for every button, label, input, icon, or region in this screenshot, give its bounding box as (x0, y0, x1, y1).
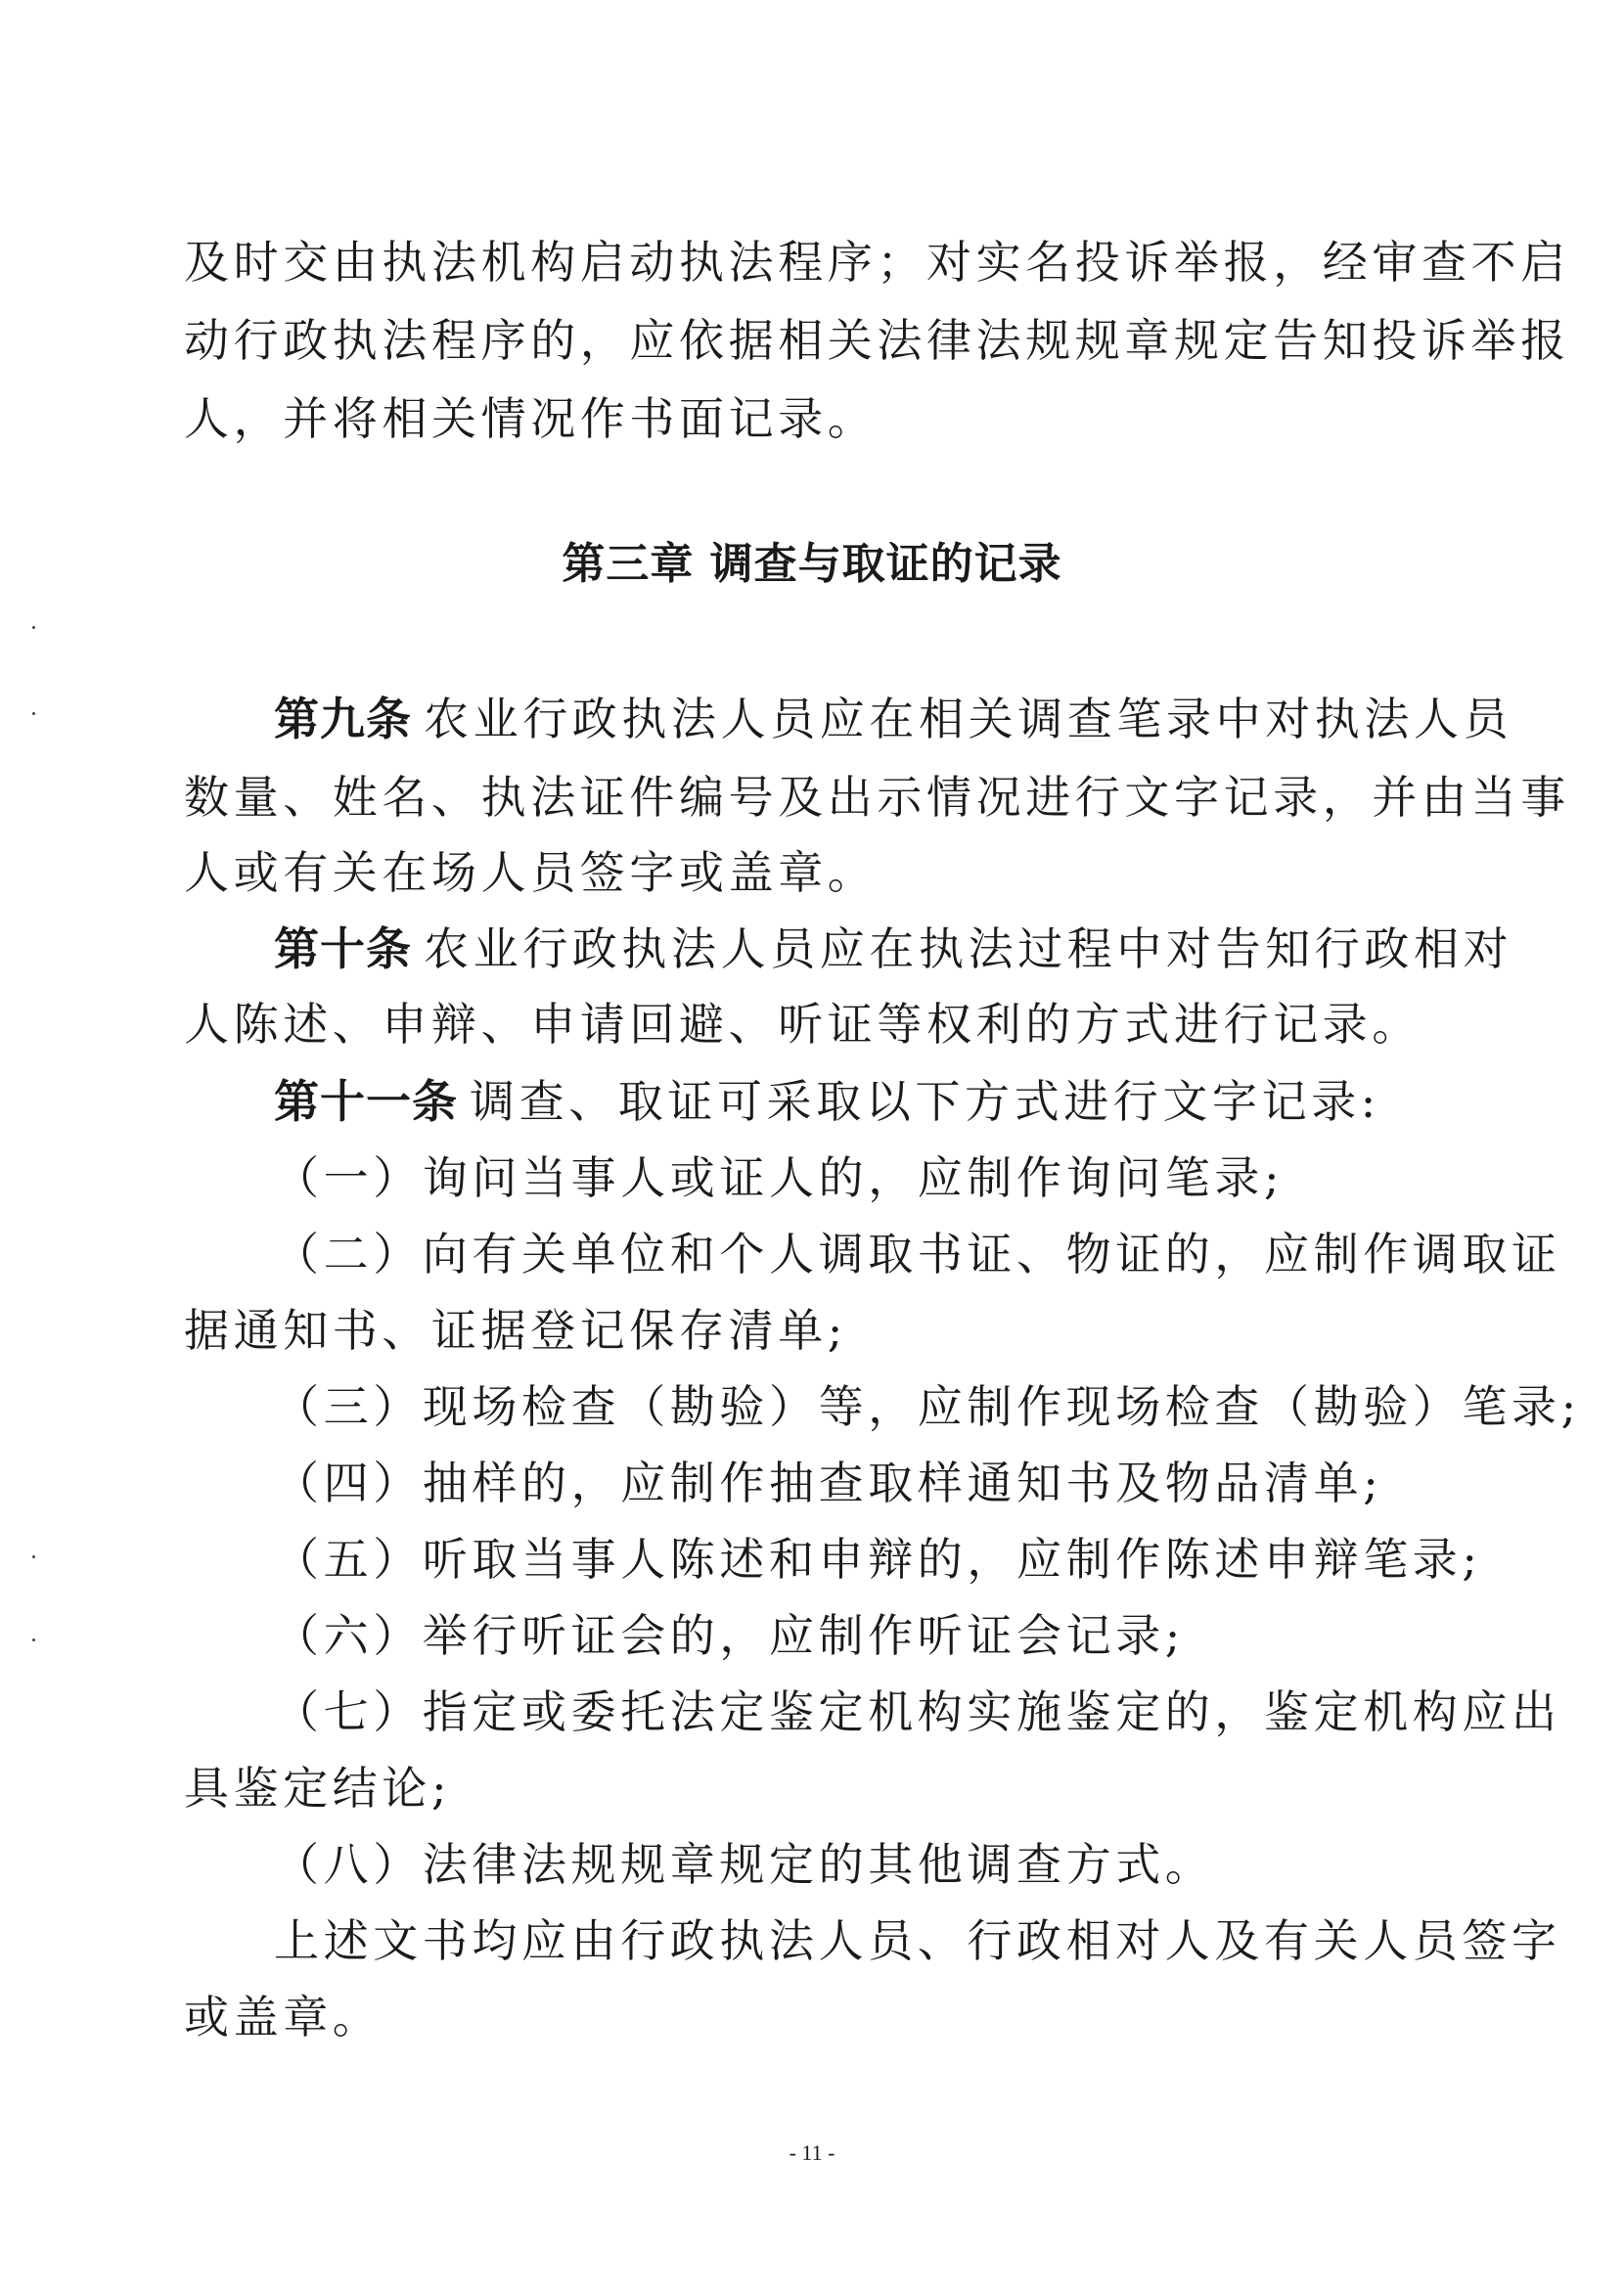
list-item: （一）询问当事人或证人的，应制作询问笔录; (274, 1148, 1487, 1207)
scan-speck (32, 1555, 35, 1558)
article-10-label: 第十条 (274, 922, 412, 975)
scan-speck (32, 712, 35, 715)
list-item: （三）现场检查（勘验）等，应制作现场检查（勘验）笔录; (274, 1377, 1487, 1436)
scan-speck (32, 1638, 35, 1641)
body-text: 农业行政执法人员应在执法过程中对告知行政相对 (424, 922, 1512, 975)
body-line: 人或有关在场人员签字或盖章。 (184, 843, 1397, 902)
body-text: 农业行政执法人员应在相关调查笔录中对执法人员 (424, 693, 1512, 745)
scan-speck (32, 626, 35, 629)
list-item: （八）法律法规规章规定的其他调查方式。 (274, 1835, 1487, 1894)
list-item: （四）抽样的，应制作抽查取样通知书及物品清单; (274, 1454, 1487, 1512)
chapter-heading: 第三章 调查与取证的记录 (0, 528, 1624, 591)
list-item: （二）向有关单位和个人调取书证、物证的，应制作调取证 (274, 1225, 1487, 1283)
list-item: （七）指定或委托法定鉴定机构实施鉴定的，鉴定机构应出 (274, 1683, 1487, 1741)
list-item: （五）听取当事人陈述和申辩的，应制作陈述申辩笔录; (274, 1530, 1487, 1589)
document-page: 及时交由执法机构启动执法程序；对实名投诉举报，经审查不启 动行政执法程序的，应依… (0, 0, 1624, 2289)
body-line: 及时交由执法机构启动执法程序；对实名投诉举报，经审查不启 (184, 233, 1397, 292)
article-10-first-line: 第十条农业行政执法人员应在执法过程中对告知行政相对 (274, 920, 1487, 978)
body-line: 动行政执法程序的，应依据相关法律法规规章规定告知投诉举报 (184, 311, 1397, 370)
closing-line: 上述文书均应由行政执法人员、行政相对人及有关人员签字 (274, 1911, 1487, 1970)
list-item-continuation: 据通知书、证据登记保存清单; (184, 1301, 1397, 1360)
body-text: 调查、取证可采取以下方式进行文字记录: (470, 1075, 1380, 1128)
list-item-continuation: 具鉴定结论; (184, 1759, 1397, 1818)
article-11-label: 第十一条 (274, 1075, 458, 1128)
closing-line: 或盖章。 (184, 1988, 1397, 2046)
body-line: 数量、姓名、执法证件编号及出示情况进行文字记录，并由当事 (184, 768, 1397, 827)
body-line: 人，并将相关情况作书面记录。 (184, 389, 1397, 448)
page-number: - 11 - (0, 2140, 1624, 2166)
article-11-first-line: 第十一条调查、取证可采取以下方式进行文字记录: (274, 1072, 1487, 1131)
article-9-label: 第九条 (274, 693, 412, 745)
article-9-first-line: 第九条农业行政执法人员应在相关调查笔录中对执法人员 (274, 690, 1487, 748)
list-item: （六）举行听证会的，应制作听证会记录; (274, 1606, 1487, 1665)
body-line: 人陈述、申辩、申请回避、听证等权利的方式进行记录。 (184, 995, 1397, 1054)
